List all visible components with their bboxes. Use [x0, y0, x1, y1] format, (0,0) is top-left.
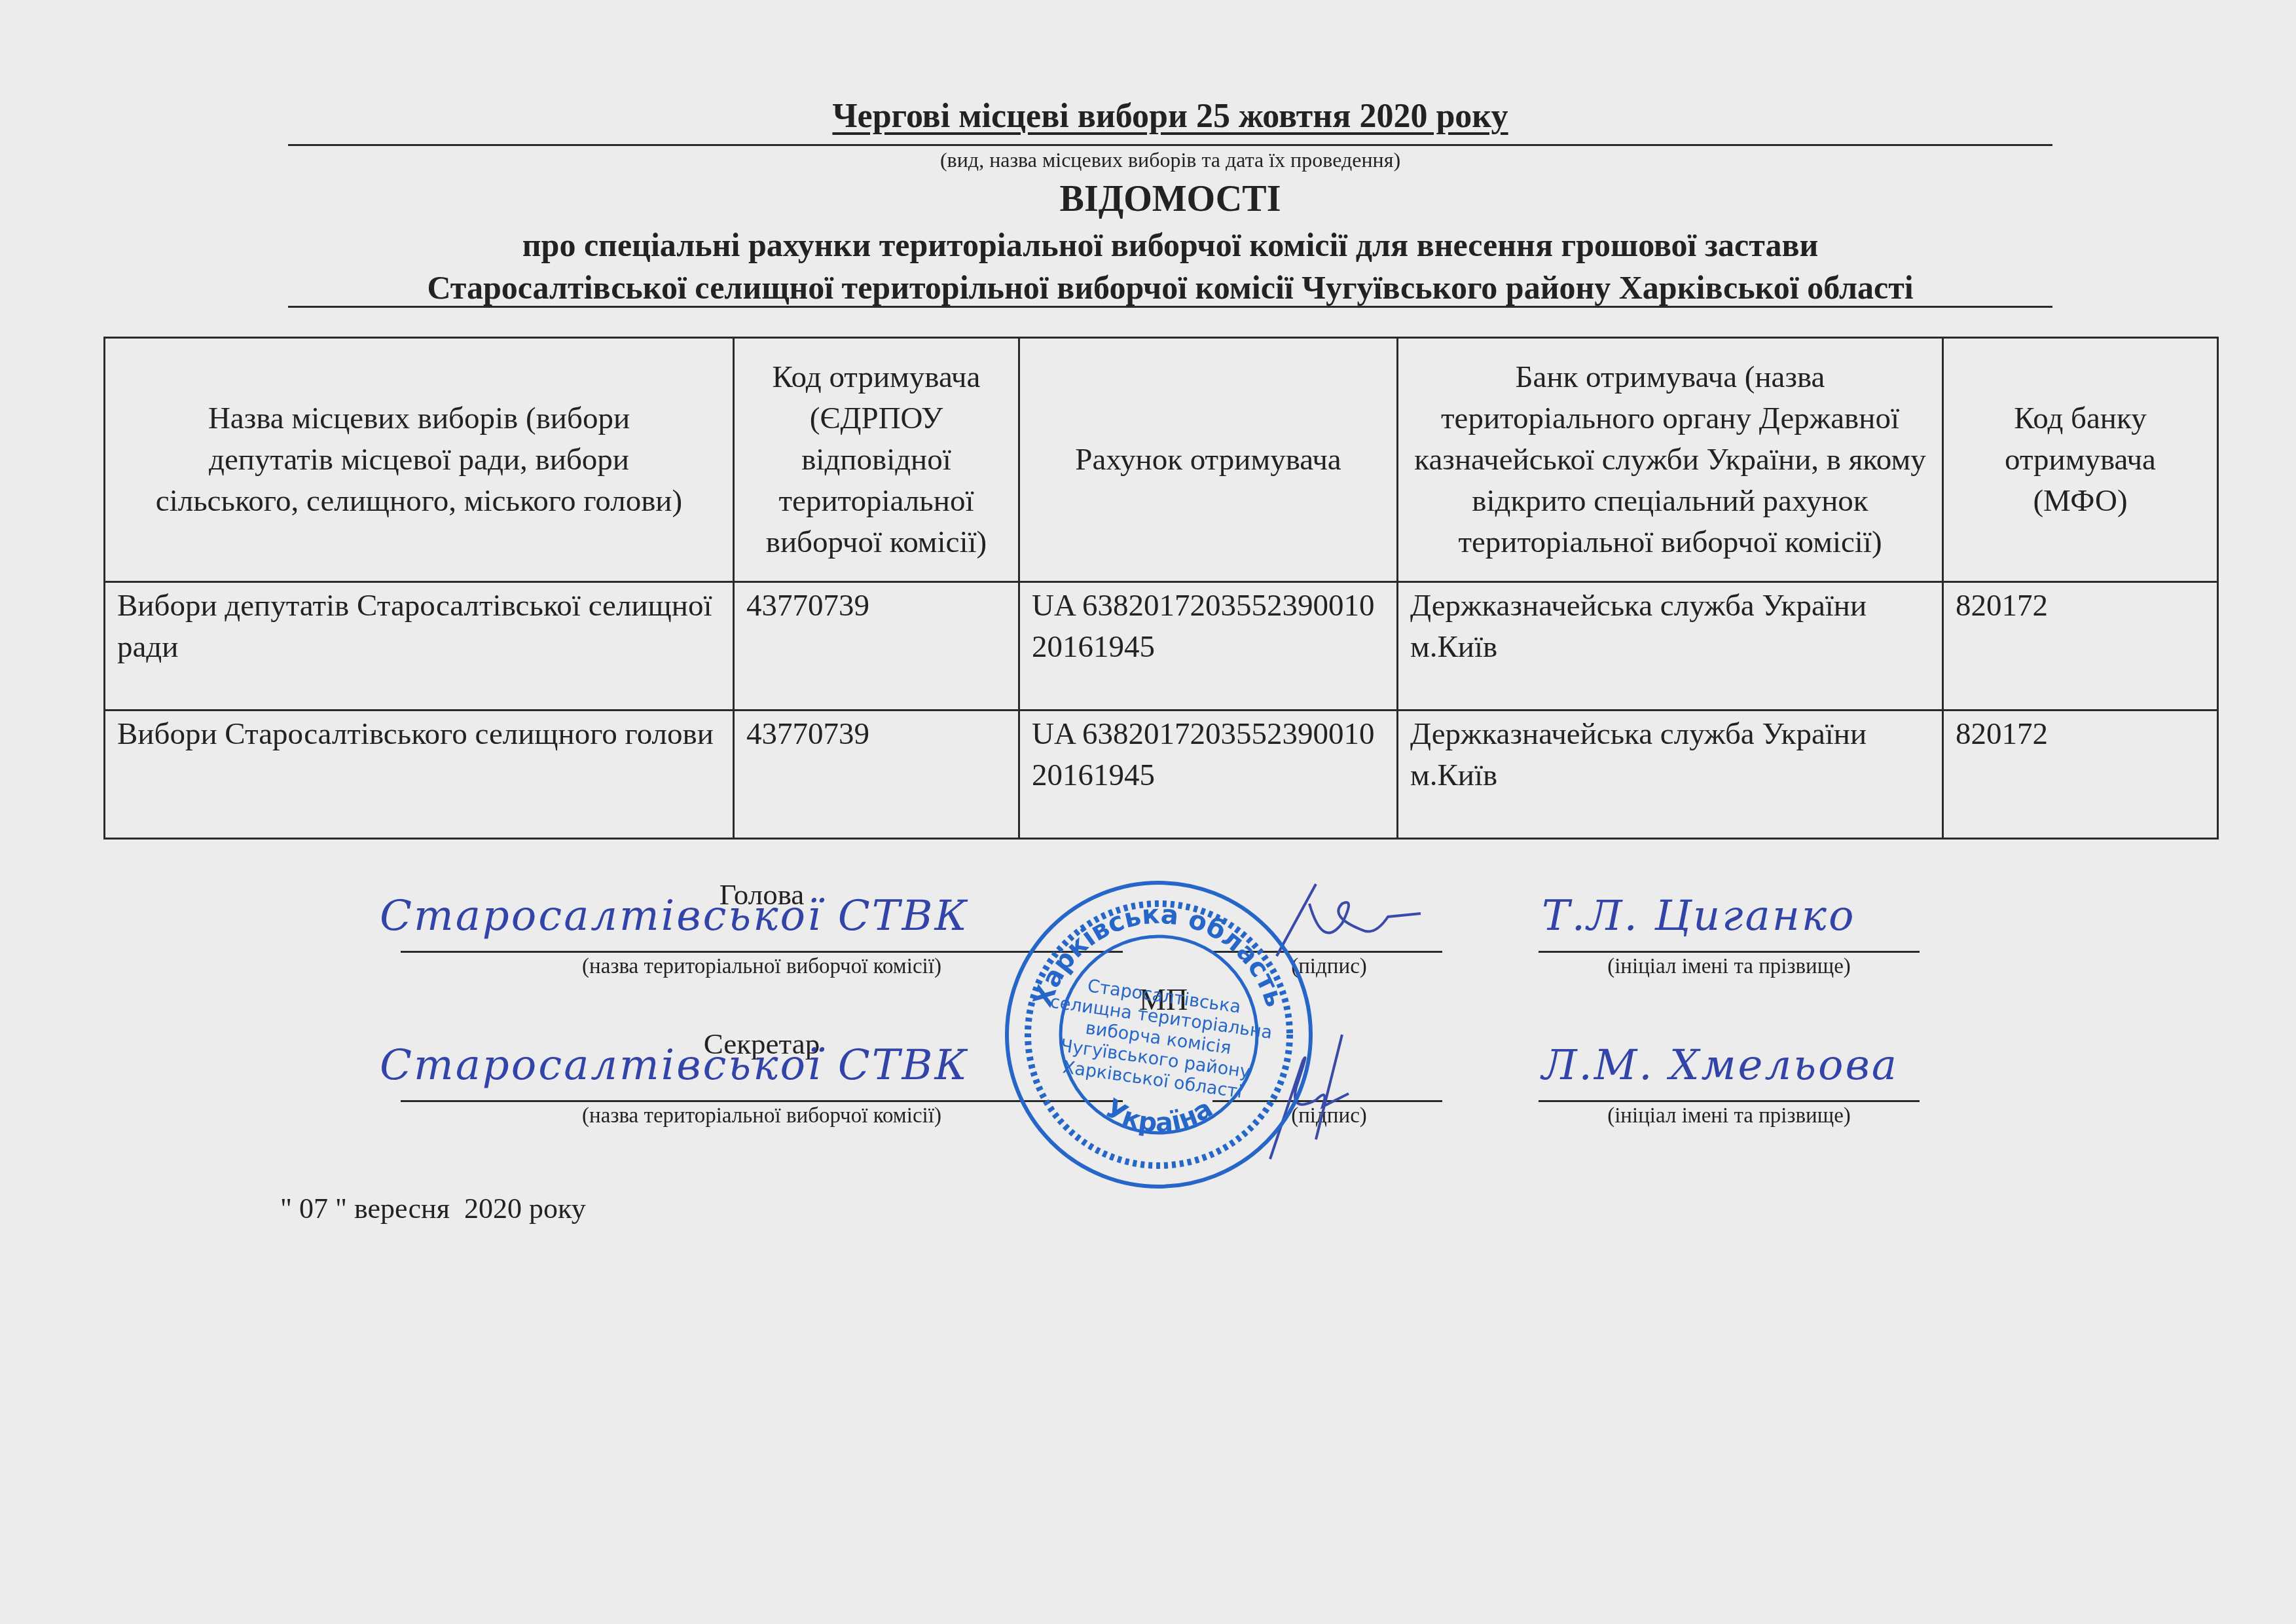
cell-mfo: 820172 — [1943, 710, 2218, 839]
cell-election: Вибори Старосалтівського селищного голов… — [105, 710, 734, 839]
chairman-name-line — [1539, 951, 1920, 953]
table-row: Вибори Старосалтівського селищного голов… — [105, 710, 2218, 839]
stamp-outer-bottom: Україна — [1100, 1093, 1218, 1138]
cell-mfo: 820172 — [1943, 582, 2218, 710]
column-header-bank: Банк отримувача (назва територіального о… — [1398, 338, 1943, 582]
table-header-row: Назва місцевих виборів (вибори депутатів… — [105, 338, 2218, 582]
cell-bank: Держказначейська служба України м.Київ — [1398, 710, 1943, 839]
cell-account: UA 638201720355239001020161945 — [1019, 582, 1398, 710]
document-date: " 07 " вересня 2020 року — [280, 1192, 586, 1225]
chairman-name-handwritten: Т.Л. Циганко — [1542, 892, 1856, 940]
secretary-name-handwritten: Л.М. Хмельова — [1542, 1041, 1899, 1090]
secretary-name-caption: (ініціал імені та прізвище) — [1539, 1104, 1920, 1128]
accounts-table: Назва місцевих виборів (вибори депутатів… — [103, 337, 2219, 840]
secretary-commission-handwritten: Старосалтівської СТВК — [380, 1041, 969, 1090]
chairman-commission-handwritten: Старосалтівської СТВК — [380, 892, 969, 940]
column-header-election: Назва місцевих виборів (вибори депутатів… — [105, 338, 734, 582]
election-title: Чергові місцеві вибори 25 жовтня 2020 ро… — [288, 97, 2052, 136]
column-header-recipient-code: Код отримувача (ЄДРПОУ відповідної терит… — [734, 338, 1019, 582]
cell-account: UA 638201720355239001020161945 — [1019, 710, 1398, 839]
document-subtitle: про спеціальні рахунки територіальної ви… — [288, 226, 2052, 264]
commission-rule — [288, 306, 2052, 308]
column-header-mfo: Код банку отримувача (МФО) — [1943, 338, 2218, 582]
chairman-name-caption: (ініціал імені та прізвище) — [1539, 955, 1920, 979]
cell-code: 43770739 — [734, 710, 1019, 839]
secretary-name-line — [1539, 1100, 1920, 1102]
cell-election: Вибори депутатів Старосалтівської селищн… — [105, 582, 734, 710]
cell-code: 43770739 — [734, 582, 1019, 710]
svg-text:Україна: Україна — [1100, 1093, 1218, 1138]
cell-bank: Держказначейська служба України м.Київ — [1398, 582, 1943, 710]
title-rule — [288, 144, 2052, 146]
commission-name: Старосалтівської селищної територільної … — [288, 268, 2052, 306]
document-title: ВІДОМОСТІ — [288, 178, 2052, 220]
column-header-account: Рахунок отримувача — [1019, 338, 1398, 582]
election-caption: (вид, назва місцевих виборів та дата їх … — [288, 148, 2052, 172]
table-row: Вибори депутатів Старосалтівської селищн… — [105, 582, 2218, 710]
official-stamp-icon: Харківська область Україна Старосалтівсь… — [1002, 877, 1316, 1192]
